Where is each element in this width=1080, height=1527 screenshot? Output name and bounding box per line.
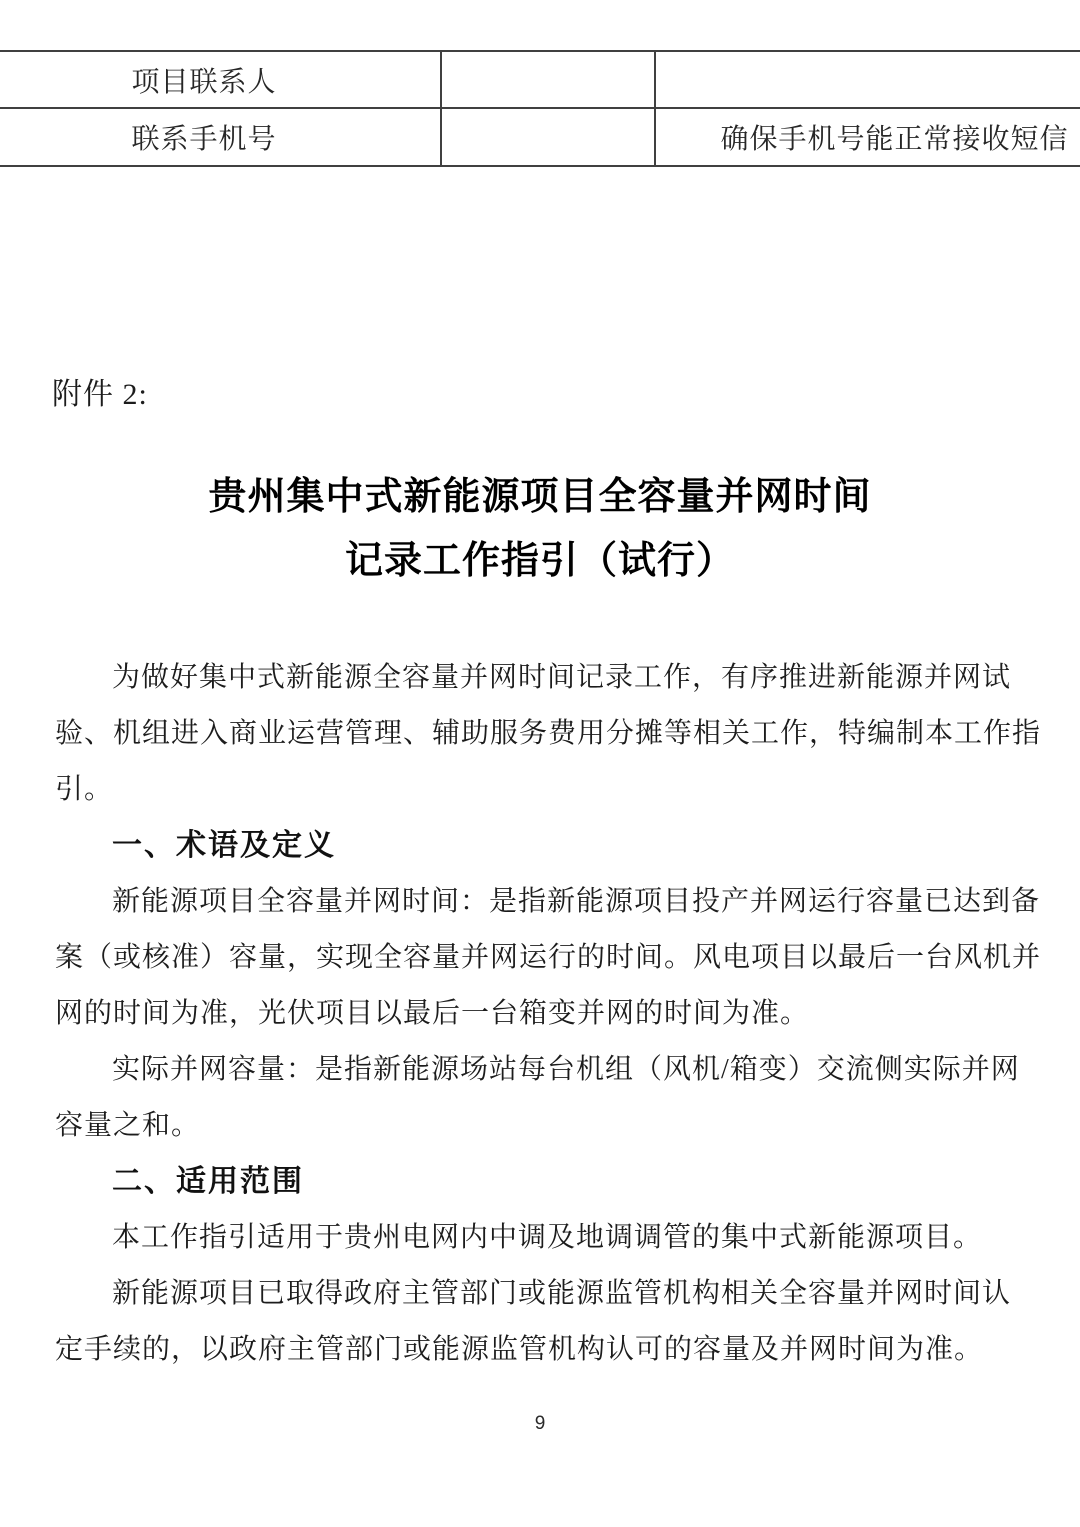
table-cell-value-contact-phone[interactable] <box>442 109 656 165</box>
body-line: 网的时间为准，光伏项目以最后一台箱变并网的时间为准。 <box>55 986 1045 1042</box>
table-cell-value-project-contact[interactable] <box>442 52 656 107</box>
body-line: 引。 <box>55 762 1045 818</box>
table-cell-note-project-contact <box>656 52 1080 107</box>
body-line: 本工作指引适用于贵州电网内中调及地调调管的集中式新能源项目。 <box>55 1210 1045 1266</box>
document-body: 为做好集中式新能源全容量并网时间记录工作，有序推进新能源并网试 验、机组进入商业… <box>55 650 1045 1378</box>
table-row-contact-phone: 联系手机号 确保手机号能正常接收短信 <box>0 109 1080 165</box>
body-line: 案（或核准）容量，实现全容量并网运行的时间。风电项目以最后一台风机并 <box>55 930 1045 986</box>
body-line: 容量之和。 <box>55 1098 1045 1154</box>
page-number: 9 <box>0 1413 1080 1435</box>
attachment-label: 附件 2: <box>52 369 148 413</box>
table-cell-note-contact-phone: 确保手机号能正常接收短信 <box>656 109 1080 165</box>
contact-info-table: 项目联系人 联系手机号 确保手机号能正常接收短信 <box>0 50 1080 167</box>
body-line: 新能源项目已取得政府主管部门或能源监管机构相关全容量并网时间认 <box>55 1266 1045 1322</box>
body-line: 验、机组进入商业运营管理、辅助服务费用分摊等相关工作，特编制本工作指 <box>55 706 1045 762</box>
section-heading-scope: 二、适用范围 <box>55 1154 1045 1210</box>
document-title-line2: 记录工作指引（试行） <box>0 529 1080 593</box>
body-line: 新能源项目全容量并网时间：是指新能源项目投产并网运行容量已达到备 <box>55 874 1045 930</box>
body-line: 实际并网容量：是指新能源场站每台机组（风机/箱变）交流侧实际并网 <box>55 1042 1045 1098</box>
table-cell-label-contact-phone: 联系手机号 <box>0 109 442 165</box>
body-line: 定手续的，以政府主管部门或能源监管机构认可的容量及并网时间为准。 <box>55 1322 1045 1378</box>
table-cell-label-project-contact: 项目联系人 <box>0 52 442 107</box>
section-heading-terms: 一、术语及定义 <box>55 818 1045 874</box>
document-title: 贵州集中式新能源项目全容量并网时间 记录工作指引（试行） <box>0 465 1080 593</box>
body-line: 为做好集中式新能源全容量并网时间记录工作，有序推进新能源并网试 <box>55 650 1045 706</box>
document-page: 项目联系人 联系手机号 确保手机号能正常接收短信 附件 2: 贵州集中式新能源项… <box>0 0 1080 1527</box>
table-row-project-contact: 项目联系人 <box>0 52 1080 109</box>
document-title-line1: 贵州集中式新能源项目全容量并网时间 <box>0 465 1080 529</box>
